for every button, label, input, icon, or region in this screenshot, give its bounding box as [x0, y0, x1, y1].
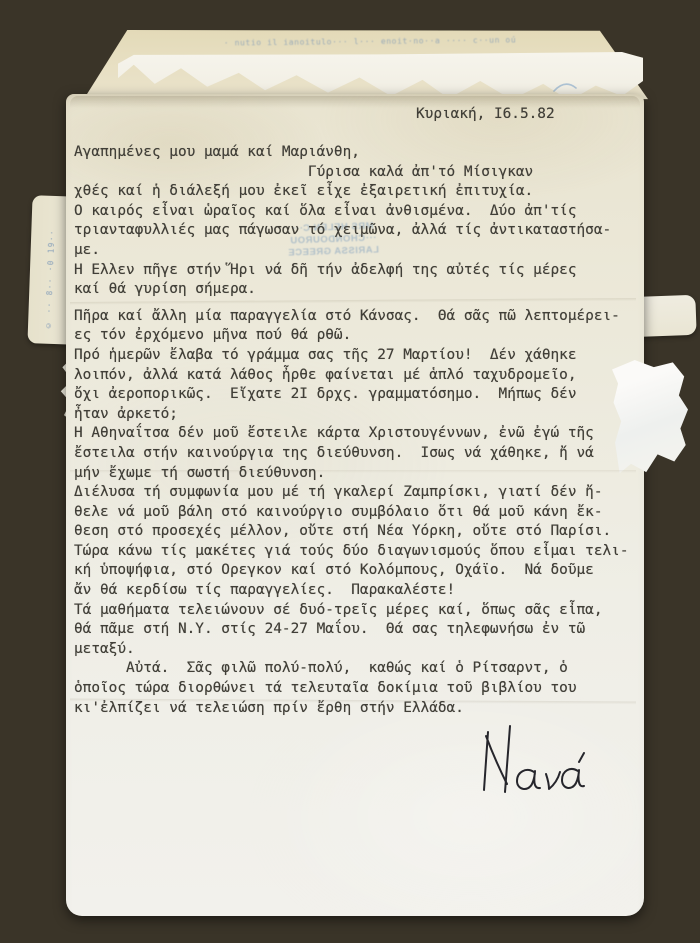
letter-date: Κυριακή, Ι6.5.82 [416, 106, 555, 122]
letter-line: Τώρα κάνω τίς μακέτες γιά τούς δύο διαγω… [74, 542, 644, 562]
letter-line: Ο καιρός εἶναι ὡραῖος καί ὅλα εἶναι ἀνθι… [74, 202, 644, 222]
letter-line: Πῆρα καί ἄλλη μία παραγγελία στό Κάνσας.… [74, 307, 644, 327]
edge-printed-text: © ·· 8·· ·0 19·· [44, 212, 57, 330]
letter-line: μήν ἔχωμε τή σωστή διεύθυνση. [74, 464, 644, 484]
letter-line: χθές καί ἡ διάλεξή μου ἐκεῖ εἶχε ἐξαιρετ… [74, 182, 644, 202]
letter-line: ὄχι ἀεροπορικῶς. Εἴχατε 2Ι δρχς. γραμματ… [74, 385, 644, 405]
letter-line: μεταξύ. [74, 640, 644, 660]
letter-line: Πρό ἡμερῶν ἔλαβα τό γράμμα σας τῆς 27 Μα… [74, 346, 644, 366]
letter-line: καί θά γυρίση σήμερα. [74, 280, 644, 300]
letter-line: κή ὑποψήφια, στό Ορεγκον καί στό Κολόμπο… [74, 561, 644, 581]
letter-line: ἔστειλα στήν καινούργια της διεύθυνση. Ι… [74, 444, 644, 464]
letter-line: ἦταν ἀρκετό; [74, 405, 644, 425]
letter-line: τριανταφυλλιές μας πάγωσαν τό χειμῶνα, ἀ… [74, 221, 644, 241]
letter-line: λοιπόν, ἀλλά κατά λάθος ἦρθε φαίνεται μέ… [74, 366, 644, 386]
letter-line: κι'ἐλπίζει νά τελειώση πρίν ἔρθη στήν Ελ… [74, 699, 644, 719]
letter-line: Τά μαθήματα τελειώνουν σέ δυό-τρεῖς μέρε… [74, 601, 644, 621]
letter-line: με. [74, 241, 644, 261]
letter-line: Γύρισα καλά ἀπ'τό Μίσιγκαν [74, 163, 644, 183]
letter-line: Αὐτά. Σᾶς φιλῶ πολύ-πολύ, καθώς καί ὁ Ρί… [74, 659, 644, 679]
letter-line: Διέλυσα τή συμφωνία μου μέ τή γκαλερί Ζα… [74, 483, 644, 503]
letter-line: ὁποῖος τώρα διορθώνει τά τελευταῖα δοκίμ… [74, 679, 644, 699]
handwritten-signature [472, 722, 604, 802]
letter-line: Αγαπημένες μου μαμά καί Μαριάνθη, [74, 143, 644, 163]
letter-line: θά πᾶμε στή Ν.Υ. στίς 24-27 Μαΐου. Θά σα… [74, 620, 644, 640]
letter-line: ες τόν ἐρχόμενο μῆνα πού θά ρθῶ. [74, 326, 644, 346]
letter-line: ἄν θά κερδίσω τίς παραγγελίες. Παρακαλέσ… [74, 581, 644, 601]
letter-line: θελε νά μοῦ βάλη στό καινούργιο συμβόλαι… [74, 503, 644, 523]
scanned-letter-scene: · nutio il ianoitulo··· l··· enoit·no··a… [0, 0, 700, 943]
letter-line: Η Ελλεν πῆγε στήν Ἥρι νά δῆ τήν ἀδελφή τ… [74, 261, 644, 281]
letter-body: Αγαπημένες μου μαμά καί Μαριάνθη, Γύρισα… [74, 143, 644, 718]
letter-line: Η Αθηναΐτσα δέν μοῦ ἔστειλε κάρτα Χριστο… [74, 424, 644, 444]
letter-line: θεση στό προσεχές μέλλον, οὔτε στή Νέα Υ… [74, 522, 644, 542]
